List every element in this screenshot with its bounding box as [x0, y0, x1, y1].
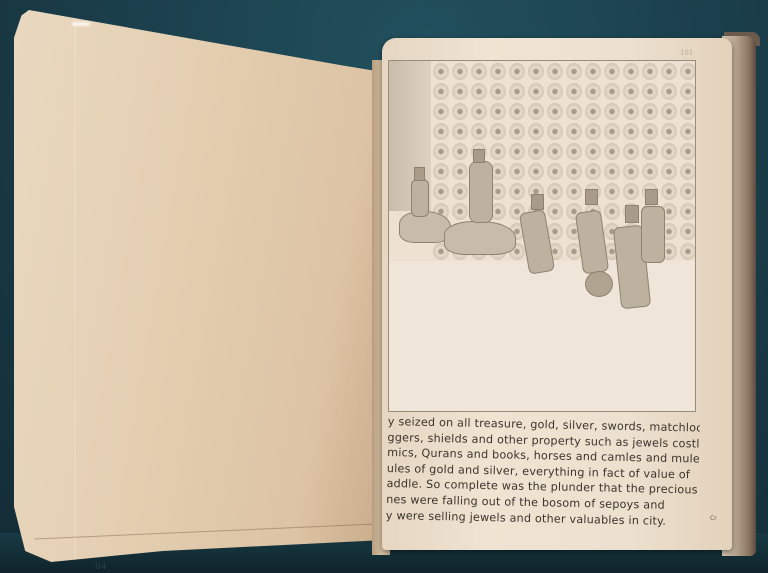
- coin: [433, 123, 449, 140]
- sepoy-3-hat: [625, 205, 639, 223]
- page-number: 181: [680, 49, 693, 57]
- horse-2: [444, 221, 516, 255]
- coin: [604, 143, 620, 160]
- coin: [604, 203, 620, 220]
- coin: [642, 83, 658, 100]
- coin: [528, 123, 544, 140]
- coin: [509, 63, 525, 80]
- coin: [471, 63, 487, 80]
- coin: [509, 123, 525, 140]
- coin: [433, 143, 449, 160]
- coin: [642, 143, 658, 160]
- coin: [547, 123, 563, 140]
- sepoy-4-hat: [645, 189, 658, 205]
- coin: [547, 83, 563, 100]
- coin: [661, 83, 677, 100]
- page-fold: [74, 10, 76, 562]
- coin: [642, 63, 658, 80]
- plunder-sack: [585, 271, 613, 297]
- coin: [452, 83, 468, 100]
- coin: [623, 163, 639, 180]
- coin: [604, 163, 620, 180]
- coin: [661, 143, 677, 160]
- coin: [528, 83, 544, 100]
- coin: [661, 63, 677, 80]
- rider-1: [411, 179, 429, 217]
- coin: [547, 143, 563, 160]
- coin: [680, 163, 696, 180]
- coin: [509, 183, 525, 200]
- left-page-blank: [14, 10, 386, 562]
- coin: [680, 83, 696, 100]
- coin: [433, 63, 449, 80]
- coin: [680, 243, 696, 260]
- coin: [452, 103, 468, 120]
- coin: [509, 143, 525, 160]
- coin: [680, 63, 696, 80]
- coin: [585, 143, 601, 160]
- coin: [528, 143, 544, 160]
- coin: [509, 103, 525, 120]
- coin: [547, 63, 563, 80]
- coin: [547, 163, 563, 180]
- coin: [433, 103, 449, 120]
- coin: [566, 123, 582, 140]
- corner-label: 04: [95, 562, 106, 572]
- coin: [642, 123, 658, 140]
- coin: [680, 223, 696, 240]
- coin: [566, 63, 582, 80]
- coin: [547, 103, 563, 120]
- coin: [452, 143, 468, 160]
- coin: [452, 123, 468, 140]
- coin: [528, 63, 544, 80]
- coin: [604, 63, 620, 80]
- coin: [528, 163, 544, 180]
- coin: [452, 203, 468, 220]
- coin: [680, 123, 696, 140]
- coin: [433, 183, 449, 200]
- coin: [509, 83, 525, 100]
- coin: [661, 183, 677, 200]
- coin: [490, 123, 506, 140]
- coin: [623, 123, 639, 140]
- coin: [585, 123, 601, 140]
- page-crease: [34, 524, 376, 540]
- coin: [471, 83, 487, 100]
- coin: [623, 63, 639, 80]
- coin: [623, 103, 639, 120]
- coin: [604, 123, 620, 140]
- sepoy-4: [641, 206, 665, 263]
- ground-area: [389, 261, 695, 411]
- coin: [490, 103, 506, 120]
- margin-mark: Cr: [710, 515, 717, 522]
- coin: [471, 123, 487, 140]
- coin: [680, 183, 696, 200]
- sepoy-1-hat: [531, 194, 544, 210]
- coin: [566, 103, 582, 120]
- coin: [642, 163, 658, 180]
- rider-1-hat: [414, 167, 425, 181]
- handwritten-caption: y seized on all treasure, gold, silver, …: [385, 414, 700, 546]
- rider-2-hat: [473, 149, 485, 163]
- coin: [509, 163, 525, 180]
- coin: [452, 163, 468, 180]
- coin: [585, 63, 601, 80]
- coin: [566, 143, 582, 160]
- coin: [661, 123, 677, 140]
- rider-2: [469, 161, 493, 223]
- coin: [623, 143, 639, 160]
- coin: [452, 183, 468, 200]
- coin: [642, 103, 658, 120]
- coin: [528, 103, 544, 120]
- coin: [547, 203, 563, 220]
- coin: [490, 63, 506, 80]
- coin: [680, 103, 696, 120]
- coin: [680, 203, 696, 220]
- coin: [604, 83, 620, 100]
- light-glare: [72, 22, 90, 26]
- coin: [452, 63, 468, 80]
- coin: [661, 163, 677, 180]
- coin: [585, 83, 601, 100]
- coin: [623, 83, 639, 100]
- coin: [623, 183, 639, 200]
- coin: [547, 183, 563, 200]
- coin: [604, 183, 620, 200]
- coin: [604, 103, 620, 120]
- coin: [566, 83, 582, 100]
- sepoy-2-hat: [585, 189, 598, 205]
- coin: [433, 83, 449, 100]
- coin: [490, 143, 506, 160]
- coin: [566, 163, 582, 180]
- coin: [661, 103, 677, 120]
- coin: [566, 183, 582, 200]
- coin: [585, 103, 601, 120]
- pencil-illustration: [388, 60, 696, 412]
- coin: [490, 83, 506, 100]
- coin: [433, 163, 449, 180]
- coin: [471, 103, 487, 120]
- coin: [680, 143, 696, 160]
- coin: [585, 163, 601, 180]
